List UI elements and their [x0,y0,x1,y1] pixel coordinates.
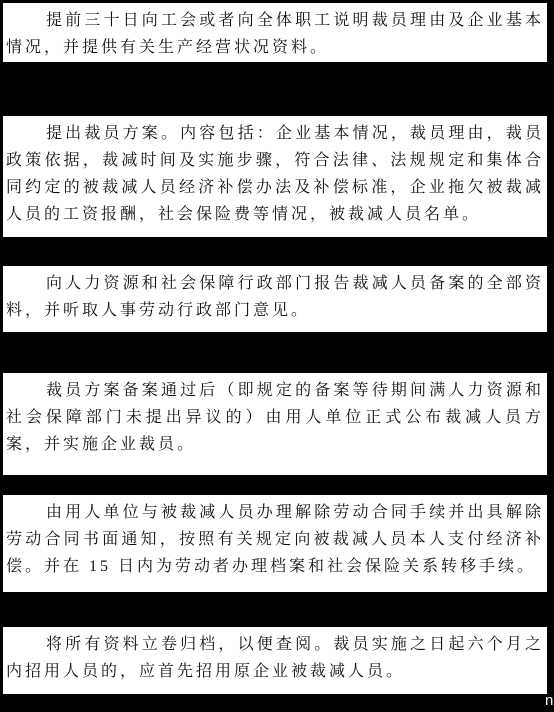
process-step-3-text: 向人力资源和社会保障行政部门报告裁减人员备案的全部资料，并听取人事劳动行政部门意… [3,266,547,324]
process-step-4: 裁员方案备案通过后（即规定的备案等待期间满人力资源和社会保障部门未提出异议的）由… [3,373,547,475]
process-step-4-text: 裁员方案备案通过后（即规定的备案等待期间满人力资源和社会保障部门未提出异议的）由… [3,373,547,458]
process-step-6: 将所有资料立卷归档，以便查阅。裁员实施之日起六个月之内招用人员的，应首先招用原企… [3,627,547,694]
process-step-2: 提出裁员方案。内容包括：企业基本情况，裁员理由，裁员政策依据，裁减时间及实施步骤… [3,116,547,237]
process-step-1-text: 提前三十日向工会或者向全体职工说明裁员理由及企业基本情况，并提供有关生产经营状况… [3,3,547,61]
layoff-procedure-document: 提前三十日向工会或者向全体职工说明裁员理由及企业基本情况，并提供有关生产经营状况… [0,0,554,712]
watermark-fragment: n [545,693,553,708]
process-step-5-text: 由用人单位与被裁减人员办理解除劳动合同手续并出具解除劳动合同书面通知，按照有关规… [3,495,547,580]
process-step-2-text: 提出裁员方案。内容包括：企业基本情况，裁员理由，裁员政策依据，裁减时间及实施步骤… [3,116,547,228]
process-step-6-text: 将所有资料立卷归档，以便查阅。裁员实施之日起六个月之内招用人员的，应首先招用原企… [3,627,547,685]
process-step-5: 由用人单位与被裁减人员办理解除劳动合同手续并出具解除劳动合同书面通知，按照有关规… [3,495,547,592]
process-step-3: 向人力资源和社会保障行政部门报告裁减人员备案的全部资料，并听取人事劳动行政部门意… [3,266,547,332]
process-step-1: 提前三十日向工会或者向全体职工说明裁员理由及企业基本情况，并提供有关生产经营状况… [3,3,547,62]
